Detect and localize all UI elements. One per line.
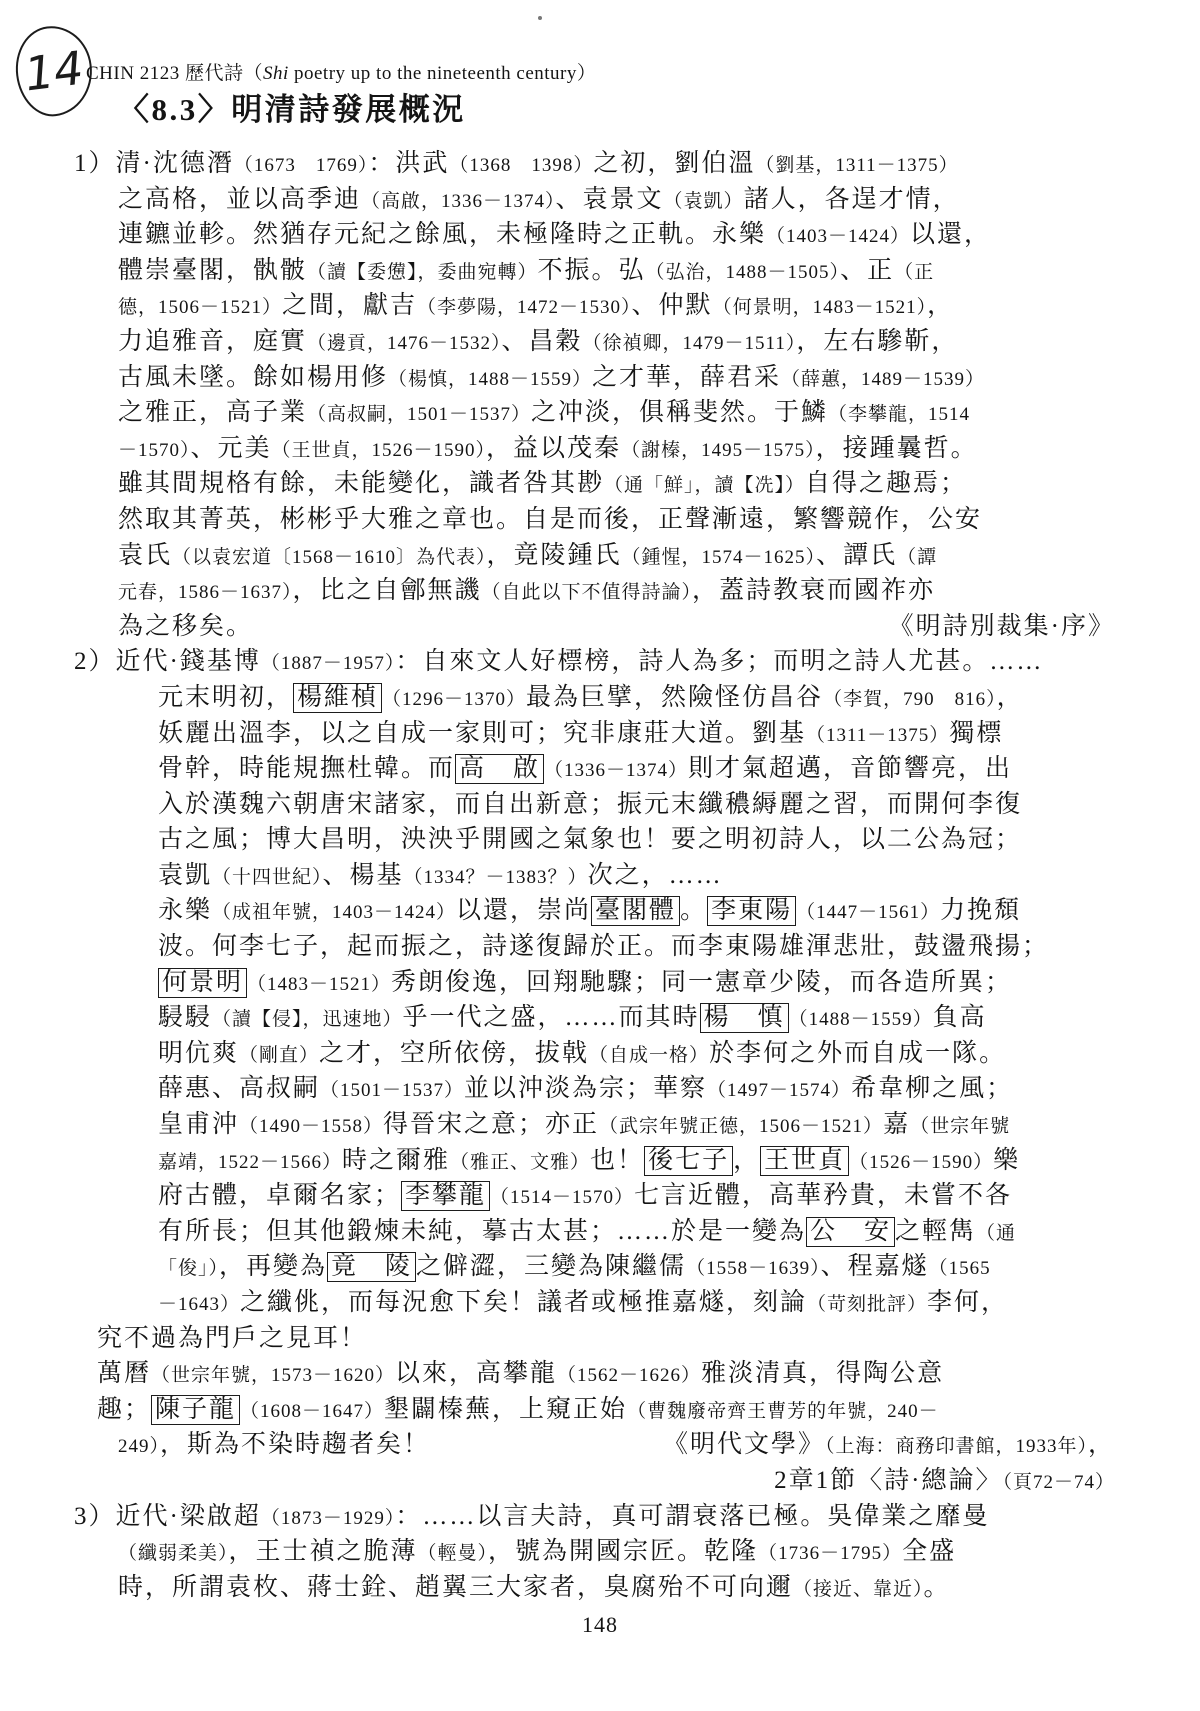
annotation-segment: （袁凱） [664,191,744,212]
annotation-segment: （1673 1769） [234,155,369,176]
annotation-segment: （1497－1574） [707,1080,851,1101]
annotation-segment: （高叔嗣，1501－1537） [307,404,531,425]
line-text: 「俊」），再變為竟 陵之僻澀，三變為陳繼儒（1558－1639）、程嘉燧（156… [158,1249,991,1288]
text-line: 皇甫沖（1490－1558）得晉宋之意；亦正（武宗年號正德，1506－1521）… [0,1107,1200,1143]
text-segment: 時，所謂袁枚、蔣士銓、趙翼三大家者，臭腐殆不可向邇 [118,1574,793,1601]
text-segment: 負高 [933,1004,987,1031]
annotation-segment: （1873－1929） [261,1508,396,1529]
annotation-segment: （成祖年號，1403－1424） [212,902,456,923]
annotation-segment: （徐禎卿，1479－1511） [583,333,797,354]
text-line: 「俊」），再變為竟 陵之僻澀，三變為陳繼儒（1558－1639）、程嘉燧（156… [0,1249,1200,1285]
text-segment: ，號為開國宗匠。乾隆 [488,1538,758,1565]
line-text: 入於漢魏六朝唐宋諸家，而自出新意；振元末纖穠縟麗之習，而開何李復 [158,787,1022,826]
text-segment: 之冲淡，俱稱斐然。于鱗 [531,399,828,426]
text-segment: 《明詩別裁集·序》 [889,613,1115,640]
line-text: 249），斯為不染時趨者矣！ [118,1427,430,1466]
annotation-segment: 德，1506－1521） [118,297,282,318]
text-line: 趣；陳子龍（1608－1647）墾闢榛蕪，上窺正始（曹魏廢帝齊王曹芳的年號，24… [0,1392,1200,1428]
annotation-segment: （高啟，1336－1374） [361,191,556,212]
text-segment: 之纖佻，而每況愈下矣！議者或極推嘉燧，刻論 [240,1289,807,1316]
text-line: 2章1節〈詩·總論〉（頁72－74） [0,1463,1200,1499]
text-line: 有所長；但其他鍛煉未純，摹古太甚；……於是一變為公 安之輕雋（通 [0,1214,1200,1250]
annotation-segment: （1488－1559） [789,1009,933,1030]
text-segment: 永樂 [158,897,212,924]
annotation-segment: （十四世紀） [212,867,323,888]
annotation-segment: （1887－1957） [261,653,396,674]
text-segment: 《明代文學》 [663,1431,825,1458]
annotation-segment: （王世貞，1526－1590） [272,440,487,461]
annotation-segment: （譚 [897,547,937,568]
text-line: 3）近代·梁啟超（1873－1929）：……以言夫詩，真可謂衰落已極。吳偉業之靡… [0,1499,1200,1535]
annotation-segment: （薛蕙，1489－1539） [781,369,985,390]
text-line: （纖弱柔美），王士禎之脆薄（輕曼），號為開國宗匠。乾隆（1736－1795）全盛 [0,1534,1200,1570]
text-segment: 皇甫沖 [158,1111,239,1138]
annotation-segment: （苛刻批評） [807,1294,927,1315]
annotation-segment: （上海：商務印書館，1933年） [825,1436,1088,1457]
annotation-segment: （邊貢，1476－1532） [307,333,502,354]
annotation-segment: （謝榛，1495－1575） [621,440,816,461]
boxed-term: 楊維楨 [293,683,382,713]
text-line: 古之風；博大昌明，泱泱乎開國之氣象也！要之明初詩人，以二公為冠； [0,822,1200,858]
annotation-segment: （1483－1521） [247,974,391,995]
text-segment: 入於漢魏六朝唐宋諸家，而自出新意；振元末纖穠縟麗之習，而開何李復 [158,791,1022,818]
text-segment: 諸人，各逞才情， [744,186,960,213]
annotation-segment: （李攀龍，1514 [828,404,970,425]
annotation-segment: 249） [118,1436,160,1457]
text-segment: 妖麗出溫李，以之自成一家則可；究非康莊大道。劉基 [158,720,806,747]
text-segment: ，再變為 [219,1253,327,1280]
text-segment: ， [1088,1431,1115,1458]
line-text: （纖弱柔美），王士禎之脆薄（輕曼），號為開國宗匠。乾隆（1736－1795）全盛 [118,1534,956,1573]
text-line: 元春，1586－1637），比之自鄶無譏（自此以下不值得詩論），蓋詩教衰而國祚亦 [0,573,1200,609]
text-line: 府古體，卓爾名家；李攀龍（1514－1570）七言近體，高華矜貴，未嘗不各 [0,1178,1200,1214]
annotation-segment: （1447－1561） [796,902,940,923]
annotation-segment: 嘉靖，1522－1566） [158,1152,342,1173]
text-segment: 體崇臺閣，骫骳 [118,257,307,284]
line-text: 1）清·沈德潛（1673 1769）：洪武（1368 1398）之初，劉伯溫（劉… [74,146,959,185]
text-segment: 最為巨擘，然險怪仿昌谷 [526,684,823,711]
text-line: 何景明（1483－1521）秀朗俊逸，回翔馳驟；同一憲章少陵，而各造所異； [0,965,1200,1001]
boxed-term: 後七子 [644,1146,733,1176]
annotation-segment: （1514－1570） [490,1187,634,1208]
annotation-segment: （1608－1647） [240,1401,384,1422]
text-segment: 之高格，並以高季迪 [118,186,361,213]
text-segment: 古風未墜。餘如楊用修 [118,364,388,391]
text-segment: ， [997,684,1024,711]
line-text: 永樂（成祖年號，1403－1424）以還，崇尚臺閣體。李東陽（1447－1561… [158,893,1021,932]
text-line: 明伉爽（剛直）之才，空所依傍，拔戟（自成一格）於李何之外而自成一隊。 [0,1036,1200,1072]
text-segment: 、楊基 [323,862,404,889]
text-segment: 雖其間規格有餘，未能變化，識者咎其尠 [118,470,604,497]
text-segment: ，王士禎之脆薄 [229,1538,418,1565]
text-line: 骨幹，時能規撫杜韓。而高 啟（1336－1374）則才氣超邁，音節響亮，出 [0,751,1200,787]
text-line: －1570）、元美（王世貞，1526－1590），益以茂秦（謝榛，1495－15… [0,431,1200,467]
text-segment: 之間，獻吉 [282,292,417,319]
text-segment: 究不過為門戶之見耳！ [97,1325,367,1352]
text-segment: 墾闢榛蕪，上窺正始 [384,1396,627,1423]
boxed-term: 公 安 [806,1217,895,1247]
text-segment: 有所長；但其他鍛煉未純，摹古太甚；……於是一變為 [158,1218,806,1245]
text-line: 駸駸（讀【侵】，迅速地）乎一代之盛，……而其時楊 慎（1488－1559）負高 [0,1000,1200,1036]
line-text: 明伉爽（剛直）之才，空所依傍，拔戟（自成一格）於李何之外而自成一隊。 [158,1036,1006,1075]
line-text: 嘉靖，1522－1566）時之爾雅（雅正、文雅）也！後七子，王世貞（1526－1… [158,1143,1020,1182]
annotation-segment: （1490－1558） [239,1116,383,1137]
text-line: 之高格，並以高季迪（高啟，1336－1374）、袁景文（袁凱）諸人，各逞才情， [0,182,1200,218]
boxed-term: 何景明 [158,968,247,998]
text-segment: 李何， [927,1289,1008,1316]
line-text: 然取其菁英，彬彬乎大雅之章也。自是而後，正聲漸遠，繁響競作，公安 [118,502,982,541]
annotation-segment: （1296－1370） [382,689,526,710]
section-title: 〈8.3〉明清詩發展概況 [118,84,466,129]
text-segment: 乎一代之盛，……而其時 [403,1004,700,1031]
text-segment: 自得之趣焉； [805,470,967,497]
text-segment: ，左右驂靳， [796,328,958,355]
text-line: 時，所謂袁枚、蔣士銓、趙翼三大家者，臭腐殆不可向邇（接近、靠近）。 [0,1570,1200,1606]
annotation-segment: （纖弱柔美） [118,1543,229,1564]
annotation-segment: （1334？－1383？） [404,867,588,888]
annotation-segment: （1501－1537） [320,1080,464,1101]
annotation-segment: （劉基，1311－1375） [755,155,958,176]
text-segment: 1）清·沈德潛 [74,150,234,177]
line-text: 皇甫沖（1490－1558）得晉宋之意；亦正（武宗年號正德，1506－1521）… [158,1107,1010,1146]
annotation-segment: （何景明，1483－1521） [713,297,928,318]
text-line: －1643）之纖佻，而每況愈下矣！議者或極推嘉燧，刻論（苛刻批評）李何， [0,1285,1200,1321]
boxed-term: 王世貞 [760,1146,849,1176]
line-text: 妖麗出溫李，以之自成一家則可；究非康莊大道。劉基（1311－1375）獨標 [158,716,1003,755]
line-text: 趣；陳子龍（1608－1647）墾闢榛蕪，上窺正始（曹魏廢帝齊王曹芳的年號，24… [97,1392,939,1431]
line-text: 3）近代·梁啟超（1873－1929）：……以言夫詩，真可謂衰落已極。吳偉業之靡… [74,1499,989,1538]
text-segment: 然取其菁英，彬彬乎大雅之章也。自是而後，正聲漸遠，繁響競作，公安 [118,506,982,533]
text-segment: ，比之自鄶無譏 [293,577,482,604]
line-text: 袁凱（十四世紀）、楊基（1334？－1383？）次之，…… [158,858,723,897]
text-segment: ，竟陵鍾氏 [487,542,622,569]
text-segment: 波。何李七子，起而振之，詩遂復歸於正。而李東陽雄渾悲壯，鼓盪飛揚； [158,933,1049,960]
text-segment: ：……以言夫詩，真可謂衰落已極。吳偉業之靡曼 [395,1503,989,1530]
text-line: 袁氏（以袁宏道〔1568－1610〕為代表），竟陵鍾氏（鍾惺，1574－1625… [0,538,1200,574]
line-text: 雖其間規格有餘，未能變化，識者咎其尠（通「鮮」，讀【冼】）自得之趣焉； [118,466,967,505]
text-segment: 希韋柳之風； [851,1075,1013,1102]
annotation-segment: （弘治，1488－1505） [646,262,841,283]
line-text: 德，1506－1521）之間，獻吉（李夢陽，1472－1530）、仲默（何景明，… [118,288,954,327]
text-segment: 之初，劉伯溫 [593,150,755,177]
text-segment: 獨標 [949,720,1003,747]
text-segment: 力追雅音，庭實 [118,328,307,355]
annotation-segment: （接近、靠近） [793,1579,924,1600]
line-text: －1570）、元美（王世貞，1526－1590），益以茂秦（謝榛，1495－15… [118,431,978,470]
line-text: 2）近代·錢基博（1887－1957）：自來文人好標榜，詩人為多；而明之詩人尤甚… [74,644,1043,683]
line-text: 何景明（1483－1521）秀朗俊逸，回翔馳驟；同一憲章少陵，而各造所異； [158,965,1012,1004]
text-segment: 元末明初， [158,684,293,711]
annotation-segment: （1736－1795） [758,1543,902,1564]
text-segment: 袁凱 [158,862,212,889]
line-text: 古之風；博大昌明，泱泱乎開國之氣象也！要之明初詩人，以二公為冠； [158,822,1022,861]
text-line: 究不過為門戶之見耳！ [0,1321,1200,1357]
text-segment: 七言近體，高華矜貴，未嘗不各 [634,1182,1012,1209]
line-text: 時，所謂袁枚、蔣士銓、趙翼三大家者，臭腐殆不可向邇（接近、靠近）。 [118,1570,951,1609]
line-text: 有所長；但其他鍛煉未純，摹古太甚；……於是一變為公 安之輕雋（通 [158,1214,1016,1253]
text-segment: 樂 [993,1147,1020,1174]
annotation-segment: （自成一格） [589,1045,709,1066]
line-text: －1643）之纖佻，而每況愈下矣！議者或極推嘉燧，刻論（苛刻批評）李何， [158,1285,1008,1324]
text-segment: 、元美 [191,435,272,462]
annotation-segment: （通 [976,1223,1016,1244]
text-segment: 時之爾雅 [342,1147,450,1174]
annotation-segment: （世宗年號，1573－1620） [151,1365,395,1386]
text-segment: ， [733,1147,760,1174]
text-segment: 以來，高攀龍 [395,1360,557,1387]
text-segment: 、程嘉燧 [821,1253,929,1280]
text-segment: 之僻澀，三變為陳繼儒 [416,1253,686,1280]
text-segment: ：自來文人好標榜，詩人為多；而明之詩人尤甚。…… [395,648,1043,675]
annotation-segment: （1562－1626） [557,1365,701,1386]
annotation-segment: －1570） [118,440,191,461]
text-segment: 明伉爽 [158,1040,239,1067]
boxed-term: 陳子龍 [151,1395,240,1425]
text-segment: 、譚氏 [816,542,897,569]
text-line: 249），斯為不染時趨者矣！《明代文學》（上海：商務印書館，1933年）， [0,1427,1200,1463]
annotation-segment: 「俊」） [158,1258,219,1279]
text-segment: 府古體，卓爾名家； [158,1182,401,1209]
annotation-segment: （1558－1639） [686,1258,821,1279]
line-text: 府古體，卓爾名家；李攀龍（1514－1570）七言近體，高華矜貴，未嘗不各 [158,1178,1012,1217]
text-segment: 力挽頹 [940,897,1021,924]
line-text: 力追雅音，庭實（邊貢，1476－1532）、昌穀（徐禎卿，1479－1511），… [118,324,958,363]
text-segment: 。 [924,1574,951,1601]
text-segment: 次之，…… [588,862,723,889]
line-text: 為之移矣。 [118,609,253,648]
text-segment: ， [927,292,954,319]
citation: 2章1節〈詩·總論〉（頁72－74） [774,1463,1115,1502]
line-text: 究不過為門戶之見耳！ [97,1321,367,1360]
boxed-term: 楊 慎 [700,1003,789,1033]
text-line: 萬曆（世宗年號，1573－1620）以來，高攀龍（1562－1626）雅淡清真，… [0,1356,1200,1392]
line-text: 駸駸（讀【侵】，迅速地）乎一代之盛，……而其時楊 慎（1488－1559）負高 [158,1000,987,1039]
text-segment: 之才，空所依傍，拔戟 [319,1040,589,1067]
line-text: 萬曆（世宗年號，1573－1620）以來，高攀龍（1562－1626）雅淡清真，… [97,1356,944,1395]
line-text: 袁氏（以袁宏道〔1568－1610〕為代表），竟陵鍾氏（鍾惺，1574－1625… [118,538,937,577]
text-line: 嘉靖，1522－1566）時之爾雅（雅正、文雅）也！後七子，王世貞（1526－1… [0,1143,1200,1179]
text-segment: 。 [680,897,707,924]
annotation-segment: （雅正、文雅） [450,1152,590,1173]
line-text: 波。何李七子，起而振之，詩遂復歸於正。而李東陽雄渾悲壯，鼓盪飛揚； [158,929,1049,968]
text-line: 永樂（成祖年號，1403－1424）以還，崇尚臺閣體。李東陽（1447－1561… [0,893,1200,929]
text-segment: 雅淡清真，得陶公意 [701,1360,944,1387]
annotation-segment: （讀【委憊】，委曲宛轉） [307,262,538,283]
header-paren: （ [243,63,263,84]
text-segment: 則才氣超邁，音節響亮，出 [688,755,1012,782]
text-segment: 以還， [910,221,991,248]
text-segment: 骨幹，時能規撫杜韓。而 [158,755,455,782]
text-segment: 2章1節〈詩·總論〉 [774,1467,1002,1494]
annotation-segment: （讀【侵】，迅速地） [212,1009,403,1030]
text-segment: 為之移矣。 [118,613,253,640]
text-segment: 秀朗俊逸，回翔馳驟；同一憲章少陵，而各造所異； [391,969,1012,996]
text-segment: 袁氏 [118,542,172,569]
boxed-term: 高 啟 [455,754,544,784]
annotation-segment: （1336－1374） [544,760,688,781]
annotation-segment: （曹魏廢帝齊王曹芳的年號，240－ [627,1401,939,1422]
text-segment: ：洪武 [368,150,449,177]
annotation-segment: （通「鮮」，讀【冼】） [604,475,805,496]
text-line: 波。何李七子，起而振之，詩遂復歸於正。而李東陽雄渾悲壯，鼓盪飛揚； [0,929,1200,965]
text-line: 1）清·沈德潛（1673 1769）：洪武（1368 1398）之初，劉伯溫（劉… [0,146,1200,182]
text-line: 妖麗出溫李，以之自成一家則可；究非康莊大道。劉基（1311－1375）獨標 [0,716,1200,752]
text-segment: ，斯為不染時趨者矣！ [160,1431,430,1458]
annotation-segment: （李賀，790 816） [823,689,997,710]
text-segment: 不振。弘 [538,257,646,284]
text-segment: 並以沖淡為宗；華察 [464,1075,707,1102]
text-segment: 、昌穀 [502,328,583,355]
text-line: 古風未墜。餘如楊用修（楊慎，1488－1559）之才華，薛君采（薛蕙，1489－… [0,360,1200,396]
line-text: 元末明初，楊維楨（1296－1370）最為巨擘，然險怪仿昌谷（李賀，790 81… [158,680,1024,719]
line-text: 元春，1586－1637），比之自鄶無譏（自此以下不值得詩論），蓋詩教衰而國祚亦 [118,573,935,612]
text-segment: 、正 [840,257,894,284]
text-segment: 萬曆 [97,1360,151,1387]
line-text: 體崇臺閣，骫骳（讀【委憊】，委曲宛轉）不振。弘（弘治，1488－1505）、正（… [118,253,934,292]
text-line: 為之移矣。《明詩別裁集·序》 [0,609,1200,645]
text-line: 袁凱（十四世紀）、楊基（1334？－1383？）次之，…… [0,858,1200,894]
text-line: 然取其菁英，彬彬乎大雅之章也。自是而後，正聲漸遠，繁響競作，公安 [0,502,1200,538]
text-segment: 連鑣並軫。然猶存元紀之餘風，未極隆時之正軌。永樂 [118,221,766,248]
text-line: 雖其間規格有餘，未能變化，識者咎其尠（通「鮮」，讀【冼】）自得之趣焉； [0,466,1200,502]
text-line: 入於漢魏六朝唐宋諸家，而自出新意；振元末纖穠縟麗之習，而開何李復 [0,787,1200,823]
text-segment: 於李何之外而自成一隊。 [709,1040,1006,1067]
annotation-segment: （自此以下不值得詩論） [482,582,693,603]
course-subtitle-rest: poetry up to the nineteenth century） [289,63,597,84]
text-line: 之雅正，高子業（高叔嗣，1501－1537）之冲淡，俱稱斐然。于鱗（李攀龍，15… [0,395,1200,431]
text-line: 薛惠、高叔嗣（1501－1537）並以沖淡為宗；華察（1497－1574）希韋柳… [0,1071,1200,1107]
handwritten-circled-page-index: 14 [11,22,97,121]
annotation-segment: （輕曼） [418,1543,489,1564]
text-segment: 以還，崇尚 [456,897,591,924]
text-segment: 薛惠、高叔嗣 [158,1075,320,1102]
text-segment: 全盛 [902,1538,956,1565]
course-code-title: CHIN 2123 歷代詩 [86,63,243,84]
text-segment: 2）近代·錢基博 [74,648,261,675]
citation: 《明詩別裁集·序》 [889,609,1115,648]
boxed-term: 竟 陵 [327,1252,416,1282]
course-subtitle-italic: Shi [263,63,289,84]
line-text: 骨幹，時能規撫杜韓。而高 啟（1336－1374）則才氣超邁，音節響亮，出 [158,751,1012,790]
annotation-segment: （1565 [929,1258,991,1279]
text-segment: 得晉宋之意；亦正 [383,1111,599,1138]
annotation-segment: （1403－1424） [766,226,910,247]
annotation-segment: （楊慎，1488－1559） [388,369,592,390]
annotation-segment: （以袁宏道〔1568－1610〕為代表） [172,547,487,568]
text-line: 德，1506－1521）之間，獻吉（李夢陽，1472－1530）、仲默（何景明，… [0,288,1200,324]
text-line: 力追雅音，庭實（邊貢，1476－1532）、昌穀（徐禎卿，1479－1511），… [0,324,1200,360]
annotation-segment: 元春，1586－1637） [118,582,293,603]
line-text: 之高格，並以高季迪（高啟，1336－1374）、袁景文（袁凱）諸人，各逞才情， [118,182,960,221]
text-segment: 之才華，薛君采 [592,364,781,391]
text-segment: 之輕雋 [895,1218,976,1245]
text-segment: 也！ [590,1147,644,1174]
annotation-segment: （1368 1398） [449,155,593,176]
text-segment: 3）近代·梁啟超 [74,1503,261,1530]
text-segment: 嘉 [883,1111,910,1138]
line-text: 之雅正，高子業（高叔嗣，1501－1537）之冲淡，俱稱斐然。于鱗（李攀龍，15… [118,395,970,434]
text-segment: ，益以茂秦 [486,435,621,462]
course-header: CHIN 2123 歷代詩（Shi poetry up to the ninet… [86,58,596,85]
boxed-term: 臺閣體 [591,896,680,926]
line-text: 古風未墜。餘如楊用修（楊慎，1488－1559）之才華，薛君采（薛蕙，1489－… [118,360,985,399]
annotation-segment: （1526－1590） [849,1152,993,1173]
text-segment: ，接踵曩哲。 [816,435,978,462]
body-lines: 1）清·沈德潛（1673 1769）：洪武（1368 1398）之初，劉伯溫（劉… [0,146,1200,1605]
annotation-segment: －1643） [158,1294,240,1315]
annotation-segment: （武宗年號正德，1506－1521） [599,1116,883,1137]
annotation-segment: （頁72－74） [1002,1472,1115,1493]
line-text: 薛惠、高叔嗣（1501－1537）並以沖淡為宗；華察（1497－1574）希韋柳… [158,1071,1013,1110]
circled-number-text: 14 [22,41,87,102]
text-segment: 、仲默 [632,292,713,319]
annotation-segment: （李夢陽，1472－1530） [417,297,632,318]
boxed-term: 李東陽 [707,896,796,926]
scanned-document-page: 14 CHIN 2123 歷代詩（Shi poetry up to the ni… [0,0,1200,1711]
text-line: 體崇臺閣，骫骳（讀【委憊】，委曲宛轉）不振。弘（弘治，1488－1505）、正（… [0,253,1200,289]
annotation-segment: （世宗年號 [910,1116,1010,1137]
text-segment: 古之風；博大昌明，泱泱乎開國之氣象也！要之明初詩人，以二公為冠； [158,826,1022,853]
text-line: 元末明初，楊維楨（1296－1370）最為巨擘，然險怪仿昌谷（李賀，790 81… [0,680,1200,716]
annotation-segment: （正 [894,262,934,283]
text-segment: 之雅正，高子業 [118,399,307,426]
line-text: 連鑣並軫。然猶存元紀之餘風，未極隆時之正軌。永樂（1403－1424）以還， [118,217,991,256]
text-segment: 、袁景文 [556,186,664,213]
annotation-segment: （1311－1375） [806,725,949,746]
text-segment: 駸駸 [158,1004,212,1031]
annotation-segment: （鍾惺，1574－1625） [622,547,817,568]
text-line: 2）近代·錢基博（1887－1957）：自來文人好標榜，詩人為多；而明之詩人尤甚… [0,644,1200,680]
boxed-term: 李攀龍 [401,1181,490,1211]
text-segment: 趣； [97,1396,151,1423]
page-number: 148 [0,1612,1200,1638]
text-segment: ，蓋詩教衰而國祚亦 [692,577,935,604]
citation: 《明代文學》（上海：商務印書館，1933年）， [663,1427,1115,1466]
scan-artifact-dot [538,16,542,20]
annotation-segment: （剛直） [239,1045,319,1066]
text-line: 連鑣並軫。然猶存元紀之餘風，未極隆時之正軌。永樂（1403－1424）以還， [0,217,1200,253]
